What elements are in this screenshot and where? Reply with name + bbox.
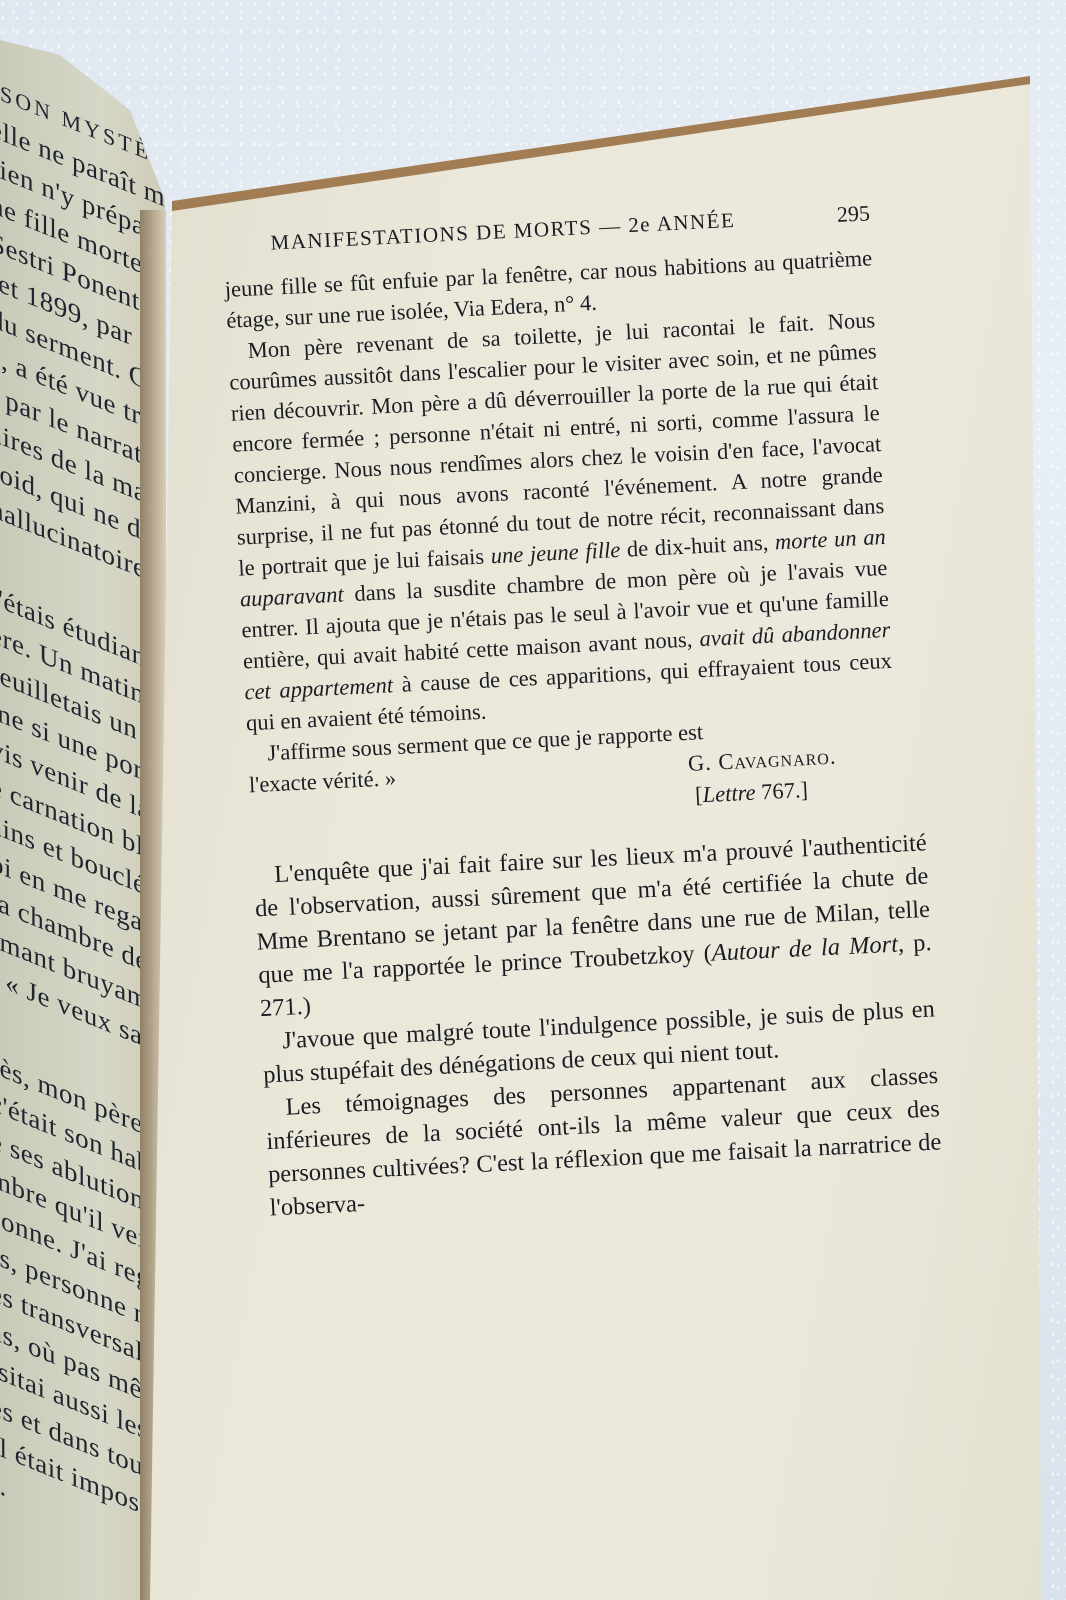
author-commentary: L'enquête que j'ai fait faire sur les li… — [253, 826, 944, 1225]
signature: G. Cavagnaro. — [687, 741, 837, 779]
quoted-letter: jeune fille se fût enfuie par la fenêtre… — [224, 242, 899, 833]
letter-ref-label: Lettre — [702, 780, 756, 808]
letter-ref-number: 767. — [761, 777, 802, 804]
paragraph: L'enquête que j'ai fait faire sur les li… — [253, 826, 934, 1025]
body-paragraphs: L'enquête que j'ai fait faire sur les li… — [253, 826, 944, 1225]
paragraph: Mon père revenant de sa toilette, je lui… — [227, 304, 894, 738]
page-number: 295 — [836, 200, 870, 228]
quote-paragraphs: jeune fille se fût enfuie par la fenêtre… — [224, 242, 895, 769]
right-page-text: MANIFESTATIONS DE MORTS — 2e ANNÉE 295 j… — [222, 200, 917, 1210]
